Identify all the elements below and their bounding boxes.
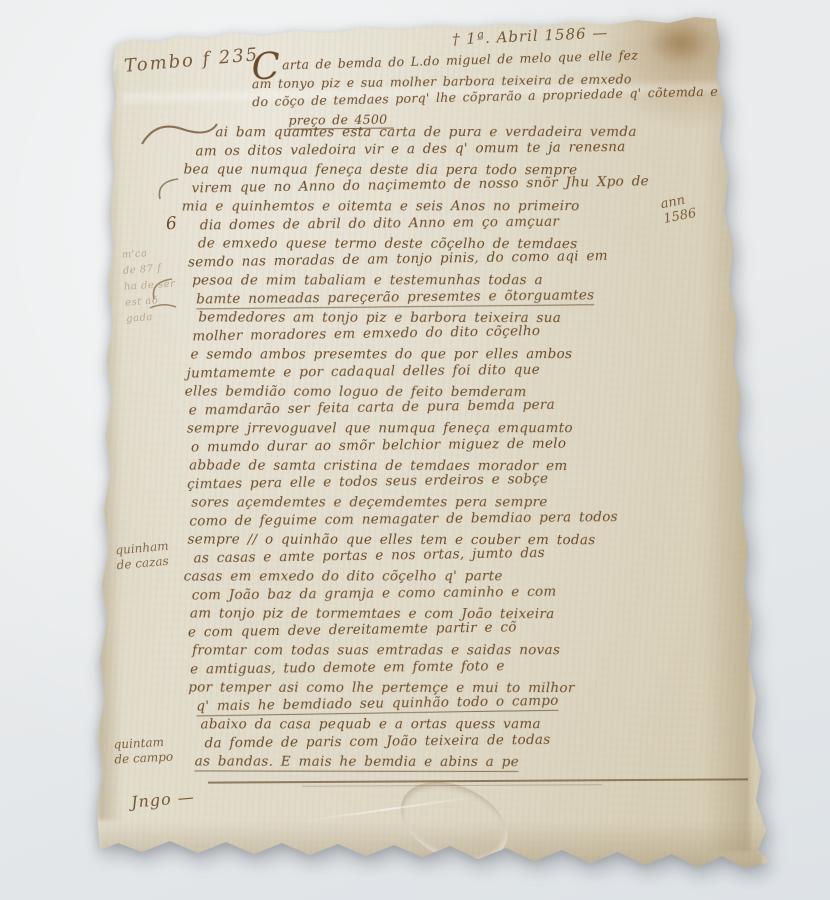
closing-word: Jngo —: [130, 787, 195, 811]
manuscript-page: Tombo f 235 † 1ª. Abril 1586 — Carta de …: [0, 0, 830, 900]
archival-folio-note: Tombo f 235: [123, 44, 260, 77]
closing-rule-echo: [302, 784, 602, 787]
margin-flourish: [152, 176, 180, 202]
margin-note-quinhao-de-casas: quinham de cazas: [115, 539, 171, 574]
deed-summary-header: Carta de bemda do L.do miguel de melo qu…: [251, 49, 738, 130]
paper-shadow-wrap: Tombo f 235 † 1ª. Abril 1586 — Carta de …: [0, 0, 830, 900]
paper-edge-shading-left: [98, 70, 122, 820]
header-line-text: arta de bemda do L.do miguel de melo que…: [282, 47, 638, 72]
wrinkle-bottom-center: [388, 766, 520, 877]
closing-rule-line: [208, 778, 748, 783]
faded-note-line: gada: [126, 308, 178, 327]
date-annotation: † 1ª. Abril 1586 —: [452, 24, 609, 49]
deed-body-text: ai bam quamtes esta carta de pura e verd…: [181, 121, 750, 771]
margin-note-quintam-de-campo: quintam de campo: [113, 734, 173, 767]
paper-deckle-bottom: [100, 822, 762, 874]
manuscript-photo: Tombo f 235 † 1ª. Abril 1586 — Carta de …: [0, 0, 830, 900]
manuscript-line: as bandas. E mais he bemdia e abins a pe: [195, 752, 751, 771]
margin-numeral: 6: [165, 213, 178, 234]
wrinkle-highlight: [301, 795, 480, 822]
faded-margin-notes: m'cade 87 fha de serest aõgada: [121, 244, 178, 327]
